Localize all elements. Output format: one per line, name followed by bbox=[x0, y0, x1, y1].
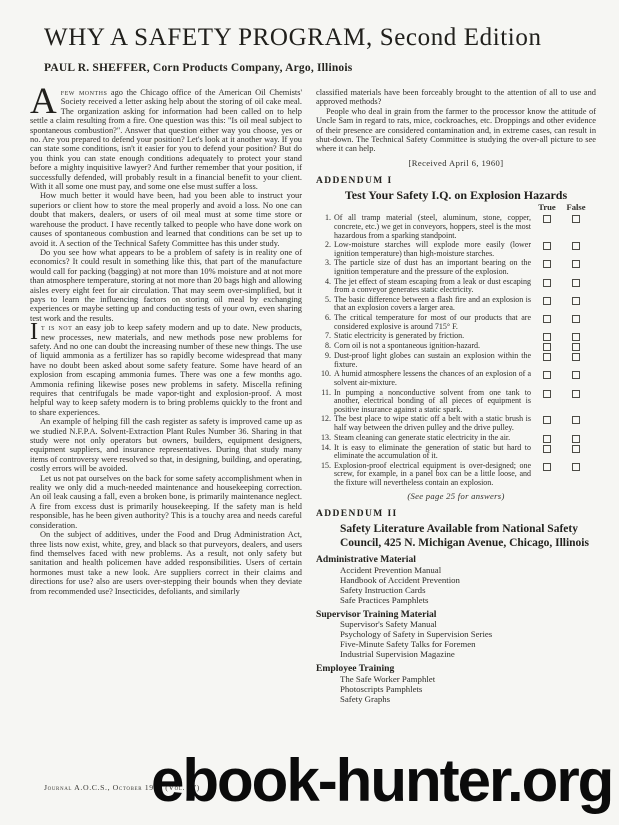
false-checkbox[interactable] bbox=[563, 434, 589, 443]
quiz-question-row: 13. Steam cleaning can generate static e… bbox=[316, 434, 596, 443]
false-checkbox[interactable] bbox=[563, 352, 589, 361]
quiz-question-row: 15. Explosion-proof electrical equipment… bbox=[316, 462, 596, 488]
question-number: 8. bbox=[316, 342, 331, 351]
question-text: In pumping a nonconductive solvent from … bbox=[334, 389, 531, 415]
true-checkbox[interactable] bbox=[534, 278, 560, 287]
literature-item: Safe Practices Pamphlets bbox=[340, 595, 596, 605]
quiz-question-row: 4. The jet effect of steam escaping from… bbox=[316, 278, 596, 295]
quiz-question-row: 9. Dust-proof light globes can sustain a… bbox=[316, 352, 596, 369]
literature-item: Safety Instruction Cards bbox=[340, 585, 596, 595]
quiz-question-row: 10. A humid atmosphere lessens the chanc… bbox=[316, 370, 596, 387]
question-number: 11. bbox=[316, 389, 331, 398]
false-checkbox[interactable] bbox=[563, 296, 589, 305]
false-checkbox[interactable] bbox=[563, 462, 589, 471]
paragraph: People who deal in grain from the farmer… bbox=[316, 107, 596, 154]
false-column-header: False bbox=[563, 203, 589, 212]
literature-item: Safety Graphs bbox=[340, 694, 596, 704]
page-title: WHY A SAFETY PROGRAM, Second Edition bbox=[44, 24, 542, 52]
literature-item: Psychology of Safety in Supervision Seri… bbox=[340, 629, 596, 639]
false-checkbox[interactable] bbox=[563, 214, 589, 223]
true-checkbox[interactable] bbox=[534, 296, 560, 305]
question-number: 15. bbox=[316, 462, 331, 471]
question-number: 4. bbox=[316, 278, 331, 287]
question-number: 12. bbox=[316, 415, 331, 424]
literature-item: Accident Prevention Manual bbox=[340, 565, 596, 575]
question-number: 9. bbox=[316, 352, 331, 361]
quiz-question-row: 6. The critical temperature for most of … bbox=[316, 314, 596, 331]
question-number: 13. bbox=[316, 434, 331, 443]
true-checkbox[interactable] bbox=[534, 259, 560, 268]
literature-item: Industrial Supervision Magazine bbox=[340, 649, 596, 659]
quiz-column-headers: True False bbox=[316, 203, 596, 212]
question-text: Dust-proof light globes can sustain an e… bbox=[334, 352, 531, 369]
question-number: 3. bbox=[316, 259, 331, 268]
true-checkbox[interactable] bbox=[534, 415, 560, 424]
received-date-line: [Received April 6, 1960] bbox=[316, 159, 596, 168]
quiz-question-row: 2. Low-moisture starches will explode mo… bbox=[316, 241, 596, 258]
quiz-question-row: 11. In pumping a nonconductive solvent f… bbox=[316, 389, 596, 415]
paragraph: classified materials have been forceably… bbox=[316, 88, 596, 107]
true-checkbox[interactable] bbox=[534, 389, 560, 398]
paragraph: Afew months ago the Chicago office of th… bbox=[30, 88, 302, 191]
section-title: Administrative Material bbox=[316, 555, 596, 564]
quiz-question-row: 14. It is easy to eliminate the generati… bbox=[316, 444, 596, 461]
true-checkbox[interactable] bbox=[534, 462, 560, 471]
false-checkbox[interactable] bbox=[563, 342, 589, 351]
paragraph: It is not an easy job to keep safety mod… bbox=[30, 323, 302, 417]
paragraph: Let us not pat ourselves on the back for… bbox=[30, 474, 302, 530]
literature-section: Administrative Material Accident Prevent… bbox=[316, 555, 596, 604]
literature-item: Supervisor's Safety Manual bbox=[340, 619, 596, 629]
paragraph: On the subject of additives, under the F… bbox=[30, 530, 302, 596]
question-number: 5. bbox=[316, 296, 331, 305]
lead-phrase: t is not bbox=[41, 323, 72, 332]
paragraph: How much better it would have been, had … bbox=[30, 191, 302, 247]
false-checkbox[interactable] bbox=[563, 370, 589, 379]
false-checkbox[interactable] bbox=[563, 332, 589, 341]
quiz-question-row: 1. Of all tramp material (steel, aluminu… bbox=[316, 214, 596, 240]
literature-heading: Safety Literature Available from Nationa… bbox=[340, 523, 592, 550]
paragraph-text: ago the Chicago office of the American O… bbox=[30, 88, 302, 191]
question-number: 10. bbox=[316, 370, 331, 379]
question-text: The particle size of dust has an importa… bbox=[334, 259, 531, 276]
question-text: It is easy to eliminate the generation o… bbox=[334, 444, 531, 461]
false-checkbox[interactable] bbox=[563, 389, 589, 398]
false-checkbox[interactable] bbox=[563, 278, 589, 287]
journal-page: WHY A SAFETY PROGRAM, Second Edition PAU… bbox=[0, 0, 619, 825]
lead-phrase: few months bbox=[61, 88, 108, 97]
quiz-question-row: 8. Corn oil is not a spontaneous ignitio… bbox=[316, 342, 596, 351]
question-text: Static electricity is generated by frict… bbox=[334, 332, 531, 341]
question-text: A humid atmosphere lessens the chances o… bbox=[334, 370, 531, 387]
quiz-question-row: 7. Static electricity is generated by fr… bbox=[316, 332, 596, 341]
section-title: Supervisor Training Material bbox=[316, 610, 596, 619]
right-column: classified materials have been forceably… bbox=[316, 88, 596, 704]
addendum-2-label: ADDENDUM II bbox=[316, 510, 596, 519]
two-column-body: Afew months ago the Chicago office of th… bbox=[30, 88, 596, 704]
quiz-question-row: 12. The best place to wipe static off a … bbox=[316, 415, 596, 432]
question-number: 14. bbox=[316, 444, 331, 453]
quiz-question-row: 3. The particle size of dust has an impo… bbox=[316, 259, 596, 276]
question-text: Corn oil is not a spontaneous ignition-h… bbox=[334, 342, 531, 351]
true-checkbox[interactable] bbox=[534, 444, 560, 453]
false-checkbox[interactable] bbox=[563, 444, 589, 453]
byline: PAUL R. SHEFFER, Corn Products Company, … bbox=[44, 62, 352, 74]
question-number: 2. bbox=[316, 241, 331, 250]
paragraph: Do you see how what appears to be a prob… bbox=[30, 248, 302, 323]
false-checkbox[interactable] bbox=[563, 415, 589, 424]
question-number: 7. bbox=[316, 332, 331, 341]
question-text: The basic difference between a flash fir… bbox=[334, 296, 531, 313]
quiz-question-row: 5. The basic difference between a flash … bbox=[316, 296, 596, 313]
drop-cap: A bbox=[30, 88, 61, 115]
question-text: Steam cleaning can generate static elect… bbox=[334, 434, 531, 443]
question-text: Of all tramp material (steel, aluminum, … bbox=[334, 214, 531, 240]
literature-item: Handbook of Accident Prevention bbox=[340, 575, 596, 585]
true-checkbox[interactable] bbox=[534, 370, 560, 379]
true-checkbox[interactable] bbox=[534, 314, 560, 323]
quiz-heading: Test Your Safety I.Q. on Explosion Hazar… bbox=[316, 191, 596, 200]
question-text: Explosion-proof electrical equipment is … bbox=[334, 462, 531, 488]
paragraph: An example of helping fill the cash regi… bbox=[30, 417, 302, 473]
true-checkbox[interactable] bbox=[534, 434, 560, 443]
question-number: 6. bbox=[316, 314, 331, 323]
true-checkbox[interactable] bbox=[534, 352, 560, 361]
literature-item: The Safe Worker Pamphlet bbox=[340, 674, 596, 684]
question-text: The jet effect of steam escaping from a … bbox=[334, 278, 531, 295]
true-checkbox[interactable] bbox=[534, 241, 560, 250]
literature-item: Photoscripts Pamphlets bbox=[340, 684, 596, 694]
true-checkbox[interactable] bbox=[534, 214, 560, 223]
false-checkbox[interactable] bbox=[563, 241, 589, 250]
question-text: Low-moisture starches will explode more … bbox=[334, 241, 531, 258]
question-text: The best place to wipe static off a belt… bbox=[334, 415, 531, 432]
false-checkbox[interactable] bbox=[563, 259, 589, 268]
false-checkbox[interactable] bbox=[563, 314, 589, 323]
watermark-text: ebook-hunter.org bbox=[151, 746, 612, 815]
section-title: Employee Training bbox=[316, 664, 596, 673]
literature-section: Supervisor Training Material Supervisor'… bbox=[316, 610, 596, 659]
left-column: Afew months ago the Chicago office of th… bbox=[30, 88, 302, 704]
question-number: 1. bbox=[316, 214, 331, 223]
literature-section: Employee Training The Safe Worker Pamphl… bbox=[316, 664, 596, 703]
true-column-header: True bbox=[534, 203, 560, 212]
true-checkbox[interactable] bbox=[534, 342, 560, 351]
quiz-question-list: 1. Of all tramp material (steel, aluminu… bbox=[316, 214, 596, 487]
question-text: The critical temperature for most of our… bbox=[334, 314, 531, 331]
drop-cap: I bbox=[30, 323, 41, 341]
addendum-1-label: ADDENDUM I bbox=[316, 177, 596, 186]
true-checkbox[interactable] bbox=[534, 332, 560, 341]
answers-note: (See page 25 for answers) bbox=[316, 492, 596, 501]
paragraph-text: an easy job to keep safety modern and up… bbox=[30, 323, 302, 417]
literature-item: Five-Minute Safety Talks for Foremen bbox=[340, 639, 596, 649]
